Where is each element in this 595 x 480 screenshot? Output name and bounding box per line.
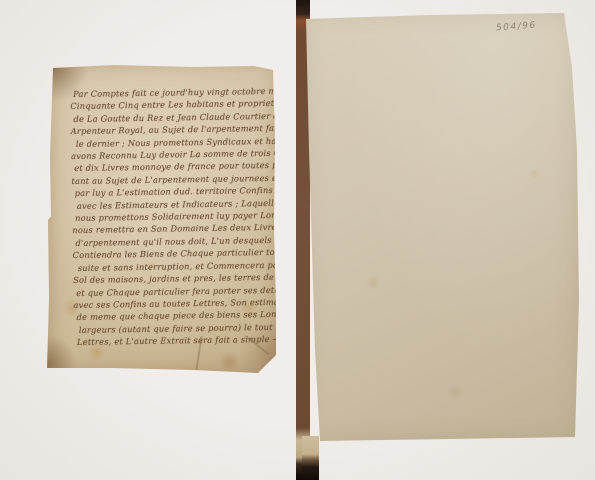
manuscript-text: Par Comptes fait ce jourd'huy vingt octo… [73, 85, 275, 349]
manuscript-page: Par Comptes fait ce jourd'huy vingt octo… [44, 58, 282, 378]
scan-background: 504/96 Par Comptes fait ce jourd'huy vin… [0, 0, 595, 480]
shelfmark-pencil-inscription: 504/96 [496, 21, 537, 34]
book-spine-foot [302, 436, 319, 480]
blank-folio-page: 504/96 [300, 8, 582, 444]
